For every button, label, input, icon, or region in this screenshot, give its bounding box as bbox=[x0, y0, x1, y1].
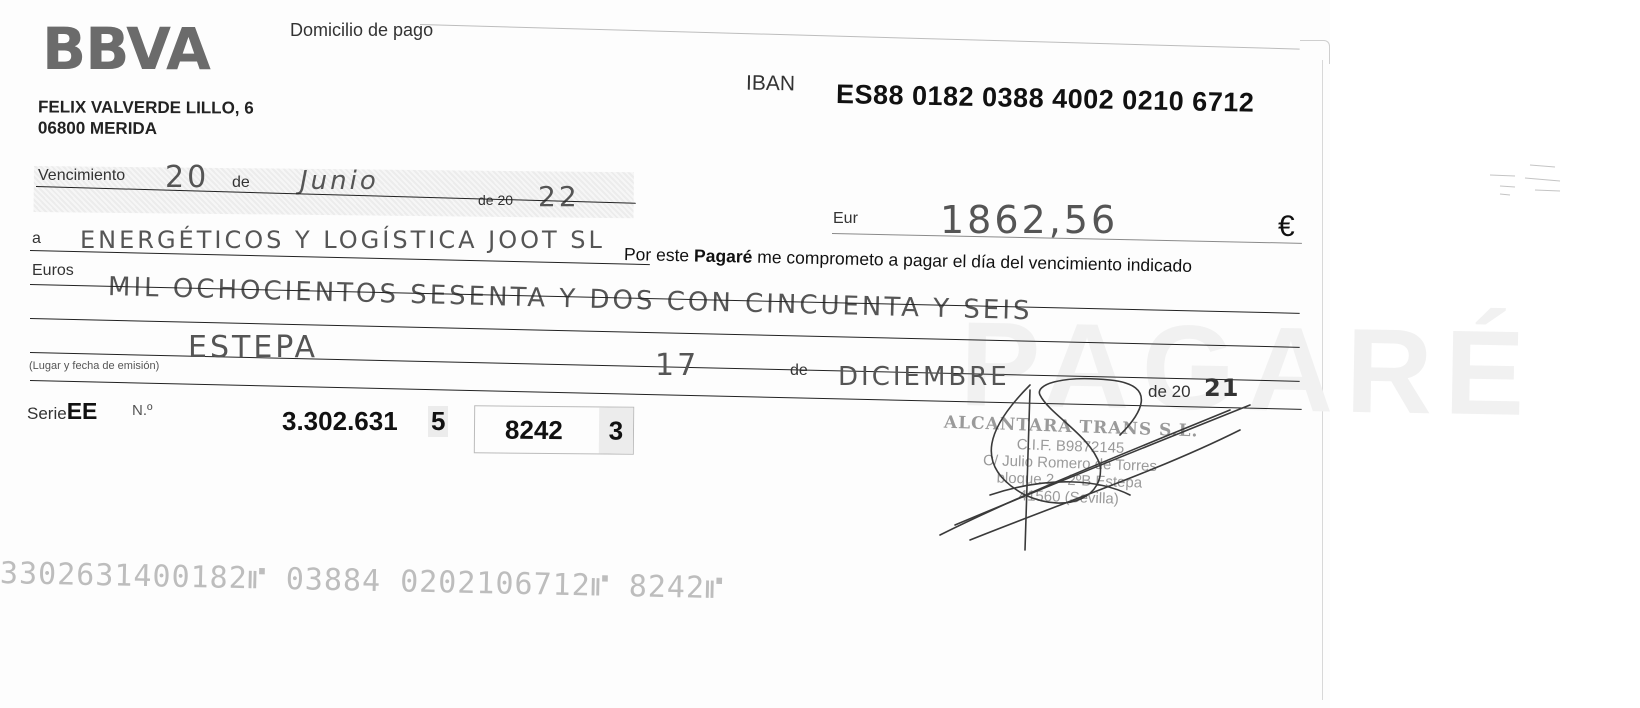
number-check-digit-1: 5 bbox=[428, 406, 448, 437]
number-check-digit-2: 3 bbox=[599, 407, 633, 453]
due-date-label: Vencimiento bbox=[38, 167, 125, 185]
number-box-value: 8242 bbox=[505, 415, 563, 447]
micr-line: 3302631400182⑈ 03884 0202106712⑈ 8242⑈ bbox=[0, 556, 724, 606]
due-date-month: Junio bbox=[300, 166, 379, 196]
number-label: N.º bbox=[132, 402, 152, 419]
promissory-note: PAGARÉ BBVA Domicilio de pago FELIX VALV… bbox=[0, 0, 1330, 708]
pledge-pre: Por este bbox=[624, 244, 694, 265]
address-line1: FELIX VALVERDE LILLO, 6 bbox=[38, 96, 254, 118]
serie-value: EE bbox=[67, 398, 98, 424]
due-date-de: de bbox=[232, 174, 250, 192]
number-box: 8242 3 bbox=[474, 405, 634, 454]
bank-address: FELIX VALVERDE LILLO, 6 06800 MERIDA bbox=[38, 96, 254, 140]
iban-label: IBAN bbox=[746, 72, 795, 97]
serie-label: Serie bbox=[27, 404, 67, 423]
pledge-text: Por este Pagaré me comprometo a pagar el… bbox=[624, 244, 1192, 277]
issue-day: 17 bbox=[655, 348, 699, 383]
euro-symbol: € bbox=[1278, 210, 1295, 244]
signature bbox=[930, 375, 1260, 565]
serie: SerieEE bbox=[27, 398, 97, 425]
number-main: 3.302.631 bbox=[282, 406, 398, 437]
note-corner bbox=[1300, 40, 1330, 64]
address-line2: 06800 MERIDA bbox=[38, 118, 254, 140]
issue-place: ESTEPA bbox=[188, 330, 318, 365]
note-top-edge bbox=[420, 24, 1300, 50]
amount-label: Eur bbox=[833, 210, 858, 228]
amount-words-label: Euros bbox=[32, 262, 74, 280]
amount-words-line1: MIL OCHOCIENTOS SESENTA Y DOS CON CINCUE… bbox=[108, 272, 1033, 326]
pledge-post: me comprometo a pagar el día del vencimi… bbox=[752, 247, 1192, 276]
payee-label: a bbox=[32, 230, 41, 248]
issue-de: de bbox=[790, 362, 808, 380]
payment-address-label: Domicilio de pago bbox=[290, 20, 433, 41]
payee-value: ENERGÉTICOS Y LOGÍSTICA JOOT SL bbox=[80, 226, 605, 254]
iban-value: ES88 0182 0388 4002 0210 6712 bbox=[836, 79, 1255, 119]
due-date-year: 22 bbox=[538, 180, 580, 213]
scan-artifact bbox=[1490, 160, 1580, 220]
pledge-bold: Pagaré bbox=[694, 245, 753, 266]
bank-logo: BBVA bbox=[42, 20, 210, 78]
issue-label: (Lugar y fecha de emisión) bbox=[29, 360, 159, 372]
